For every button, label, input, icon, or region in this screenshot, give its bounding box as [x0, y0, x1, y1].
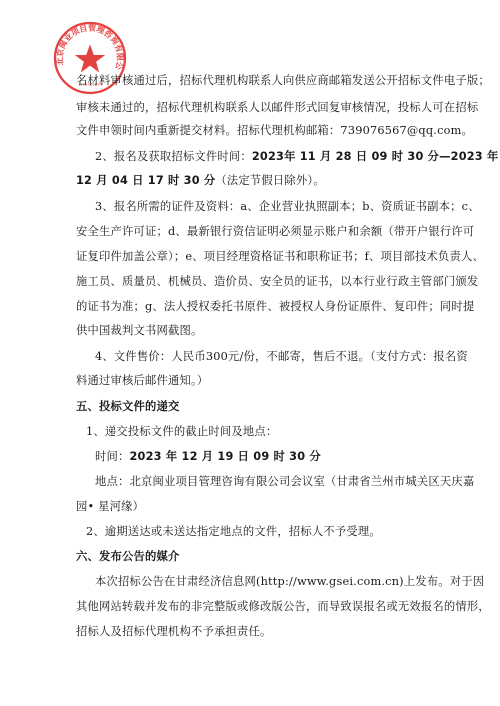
text-line: 审核未通过的，招标代理机构联系人以邮件形式回复审核情况，投标人可在招标	[76, 101, 478, 115]
text-line: 3、报名所需的证件及资料：a、企业营业执照副本；b、资质证书副本；c、	[95, 200, 480, 214]
section-heading-6: 六、发布公告的媒介	[76, 550, 179, 564]
text-line: 证复印件加盖公章）；e、项目经理资格证书和职称证书；f、项目部技术负责人、	[76, 250, 484, 264]
text-line: 名材料审核通过后，招标代理机构联系人向供应商邮箱发送公开招标文件电子版；	[76, 74, 490, 88]
text-line: 供中国裁判文书网截图。	[76, 324, 202, 338]
deadline-time-line: 时间：2023 年 12 月 19 日 09 时 30 分	[95, 450, 321, 464]
text-line: 的证书为准；g、法人授权委托书原件、被授权人身份证原件、复印件；同时提	[76, 300, 474, 314]
deadline-time-value: 2023 年 12 月 19 日 09 时 30 分	[130, 450, 321, 463]
section-heading-5: 五、投标文件的递交	[76, 400, 179, 414]
holiday-note: （法定节假日除外）。	[215, 174, 324, 187]
text-line: 本次招标公告在甘肃经济信息网(http://www.gsei.com.cn)上发…	[95, 575, 484, 589]
document-page: 北京闽业项目管理咨询有限公司 1101081634 名材料审核通过后，招标代理机…	[0, 0, 500, 706]
text-line: 4、文件售价：人民币300元/份，不邮寄，售后不退。（支付方式：报名资	[95, 350, 468, 364]
registration-time-line: 2、报名及获取招标文件时间：2023年 11 月 28 日 09 时 30 分—…	[95, 150, 499, 164]
text-line: 料通过审核后邮件通知。）	[76, 374, 208, 388]
text-line: 安全生产许可证；d、最新银行资信证明必须显示账户和余额（带开户银行许可	[76, 225, 474, 239]
text-line: 施工员、质量员、机械员、造价员、安全员的证书，以本行业行政主管部门颁发	[76, 275, 478, 289]
registration-time-label: 2、报名及获取招标文件时间：	[95, 150, 252, 163]
registration-time-end-line: 12 月 04 日 17 时 30 分（法定节假日除外）。	[76, 174, 325, 188]
text-line: 招标人及招标代理机构不予承担责任。	[76, 625, 271, 639]
text-line: 2、逾期送达或未送达指定地点的文件，招标人不予受理。	[86, 525, 381, 539]
registration-time-end: 12 月 04 日 17 时 30 分	[76, 174, 215, 187]
text-line: 其他网站转载并发布的非完整版或修改版公告，而导致误报名或无效报名的情形，	[76, 600, 490, 614]
text-line: 地点：北京闽业项目管理咨询有限公司会议室（甘肃省兰州市城关区天庆嘉	[95, 475, 474, 489]
text-line: 1、递交投标文件的截止时间及地点：	[86, 425, 277, 439]
text-line: 园• 星河缘）	[76, 500, 144, 514]
registration-time-start: 2023年 11 月 28 日 09 时 30 分—2023 年	[252, 150, 499, 163]
text-line: 文件申领时间内重新提交材料。招标代理机构邮箱：739076567@qq.com。	[76, 124, 473, 138]
deadline-time-label: 时间：	[95, 450, 130, 463]
